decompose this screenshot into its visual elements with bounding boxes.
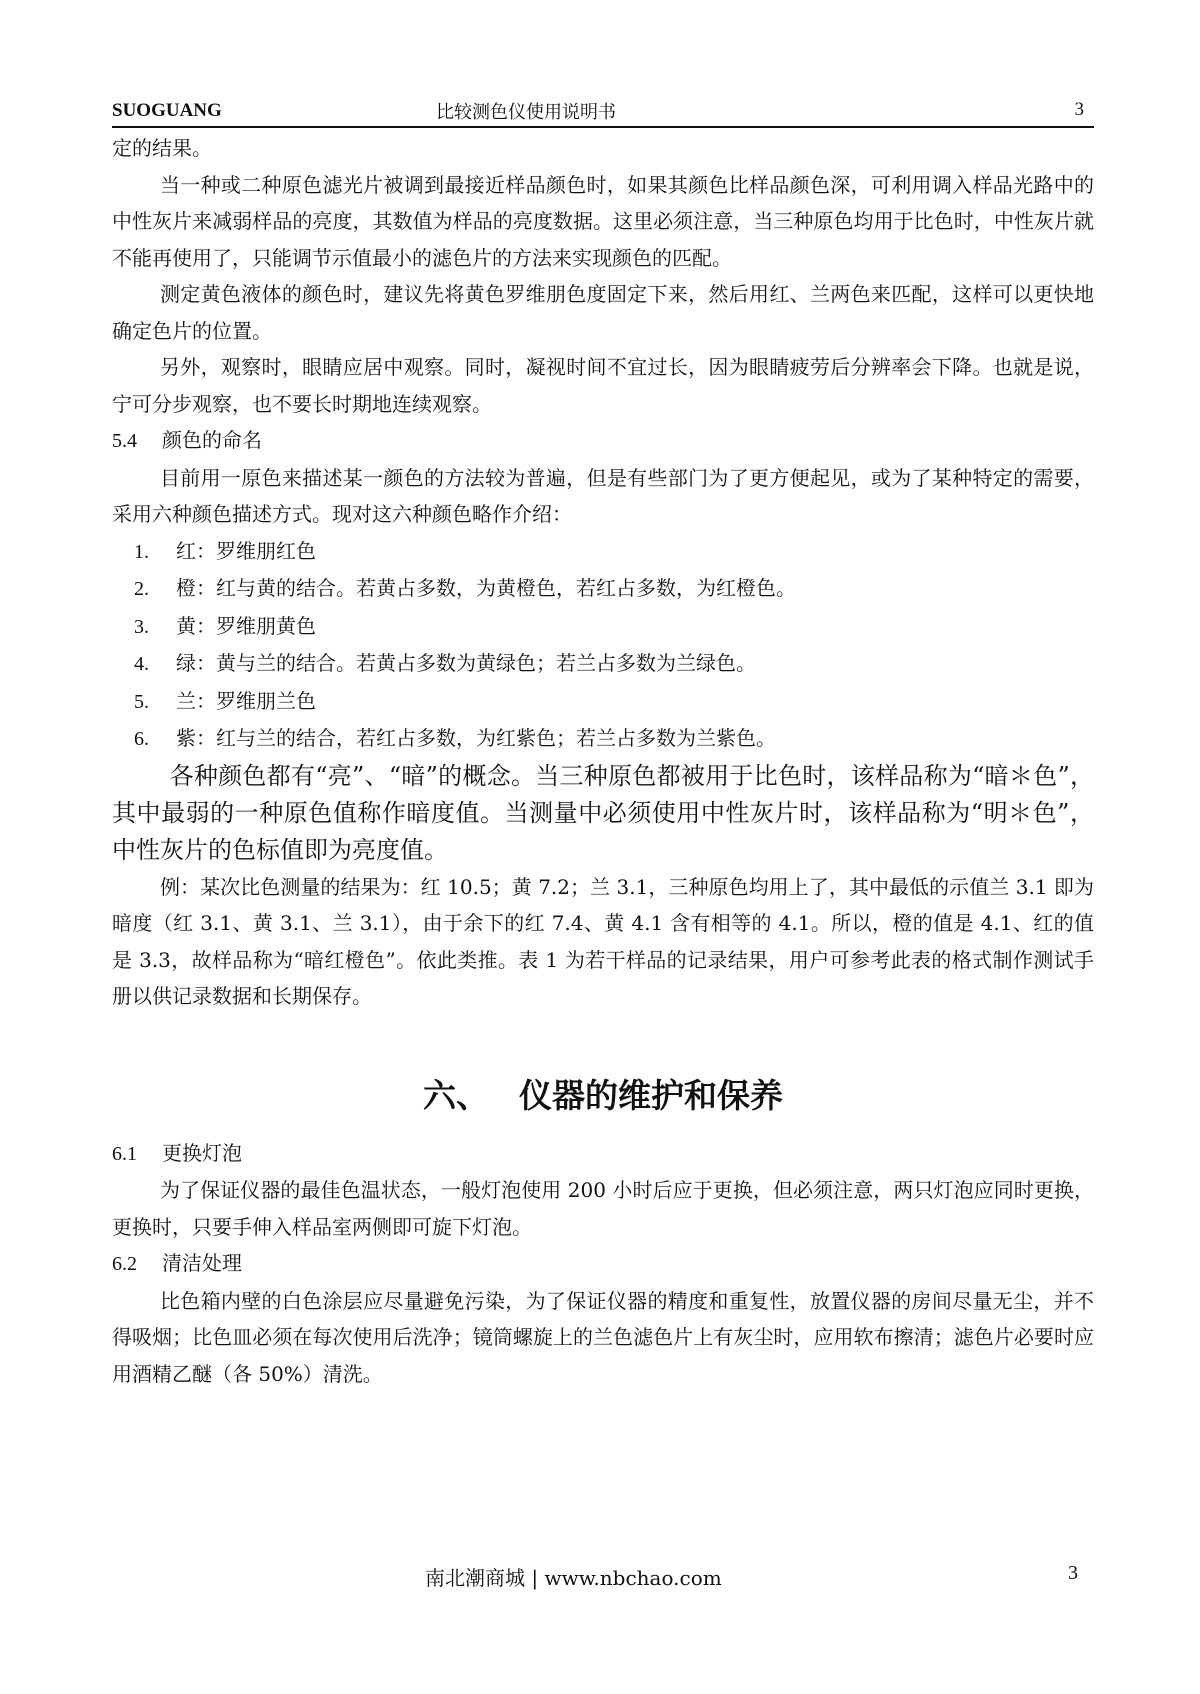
header-brand: SUOGUANG bbox=[112, 100, 222, 122]
page-header: SUOGUANG 比较测色仪使用说明书 3 bbox=[112, 96, 1094, 128]
chapter-number: 六、 bbox=[423, 1076, 489, 1115]
section-number: 5.4 bbox=[112, 423, 162, 460]
section-number: 6.2 bbox=[112, 1246, 162, 1283]
list-item: 4.绿：黄与兰的结合。若黄占多数为黄绿色；若兰占多数为兰绿色。 bbox=[112, 645, 1094, 683]
section-number: 6.1 bbox=[112, 1136, 162, 1173]
section-title: 清洁处理 bbox=[162, 1251, 242, 1275]
paragraph: 测定黄色液体的颜色时，建议先将黄色罗维朋色度固定下来，然后用红、兰两色来匹配，这… bbox=[112, 276, 1094, 349]
paragraph: 例：某次比色测量的结果为：红 10.5；黄 7.2；兰 3.1，三种原色均用上了… bbox=[112, 869, 1094, 1015]
chapter-title: 仪器的维护和保养 bbox=[519, 1076, 783, 1115]
chapter-heading: 六、仪器的维护和保养 bbox=[112, 1071, 1094, 1121]
paragraph: 比色箱内壁的白色涂层应尽量避免污染，为了保证仪器的精度和重复性，放置仪器的房间尽… bbox=[112, 1283, 1094, 1393]
list-item: 1.红：罗维朋红色 bbox=[112, 533, 1094, 571]
section-heading-6-2: 6.2清洁处理 bbox=[112, 1245, 1094, 1283]
section-title: 颜色的命名 bbox=[162, 428, 262, 452]
paragraph: 定的结果。 bbox=[112, 130, 1094, 167]
paragraph: 另外，观察时，眼睛应居中观察。同时，凝视时间不宜过长，因为眼睛疲劳后分辨率会下降… bbox=[112, 349, 1094, 422]
header-page-number: 3 bbox=[1075, 99, 1085, 121]
paragraph: 各种颜色都有“亮”、“暗”的概念。当三种原色都被用于比色时，该样品称为“暗＊色”… bbox=[112, 758, 1094, 869]
section-title: 更换灯泡 bbox=[162, 1141, 242, 1165]
list-item: 5.兰：罗维朋兰色 bbox=[112, 683, 1094, 721]
header-title: 比较测色仪使用说明书 bbox=[436, 98, 616, 124]
footer-page-number: 3 bbox=[1068, 1562, 1078, 1585]
list-item: 2.橙：红与黄的结合。若黄占多数，为黄橙色，若红占多数，为红橙色。 bbox=[112, 570, 1094, 608]
list-item: 3.黄：罗维朋黄色 bbox=[112, 608, 1094, 646]
color-list: 1.红：罗维朋红色 2.橙：红与黄的结合。若黄占多数，为黄橙色，若红占多数，为红… bbox=[112, 533, 1094, 758]
paragraph: 当一种或二种原色滤光片被调到最接近样品颜色时，如果其颜色比样品颜色深，可利用调入… bbox=[112, 167, 1094, 277]
section-heading-5-4: 5.4颜色的命名 bbox=[112, 422, 1094, 460]
document-body: 定的结果。 当一种或二种原色滤光片被调到最接近样品颜色时，如果其颜色比样品颜色深… bbox=[112, 130, 1094, 1392]
footer-site: 南北潮商城 | www.nbchao.com bbox=[425, 1562, 722, 1591]
paragraph: 为了保证仪器的最佳色温状态，一般灯泡使用 200 小时后应于更换，但必须注意，两… bbox=[112, 1172, 1094, 1245]
list-item: 6.紫：红与兰的结合，若红占多数，为红紫色；若兰占多数为兰紫色。 bbox=[112, 720, 1094, 758]
paragraph: 目前用一原色来描述某一颜色的方法较为普遍，但是有些部门为了更方便起见，或为了某种… bbox=[112, 460, 1094, 533]
section-heading-6-1: 6.1更换灯泡 bbox=[112, 1135, 1094, 1173]
